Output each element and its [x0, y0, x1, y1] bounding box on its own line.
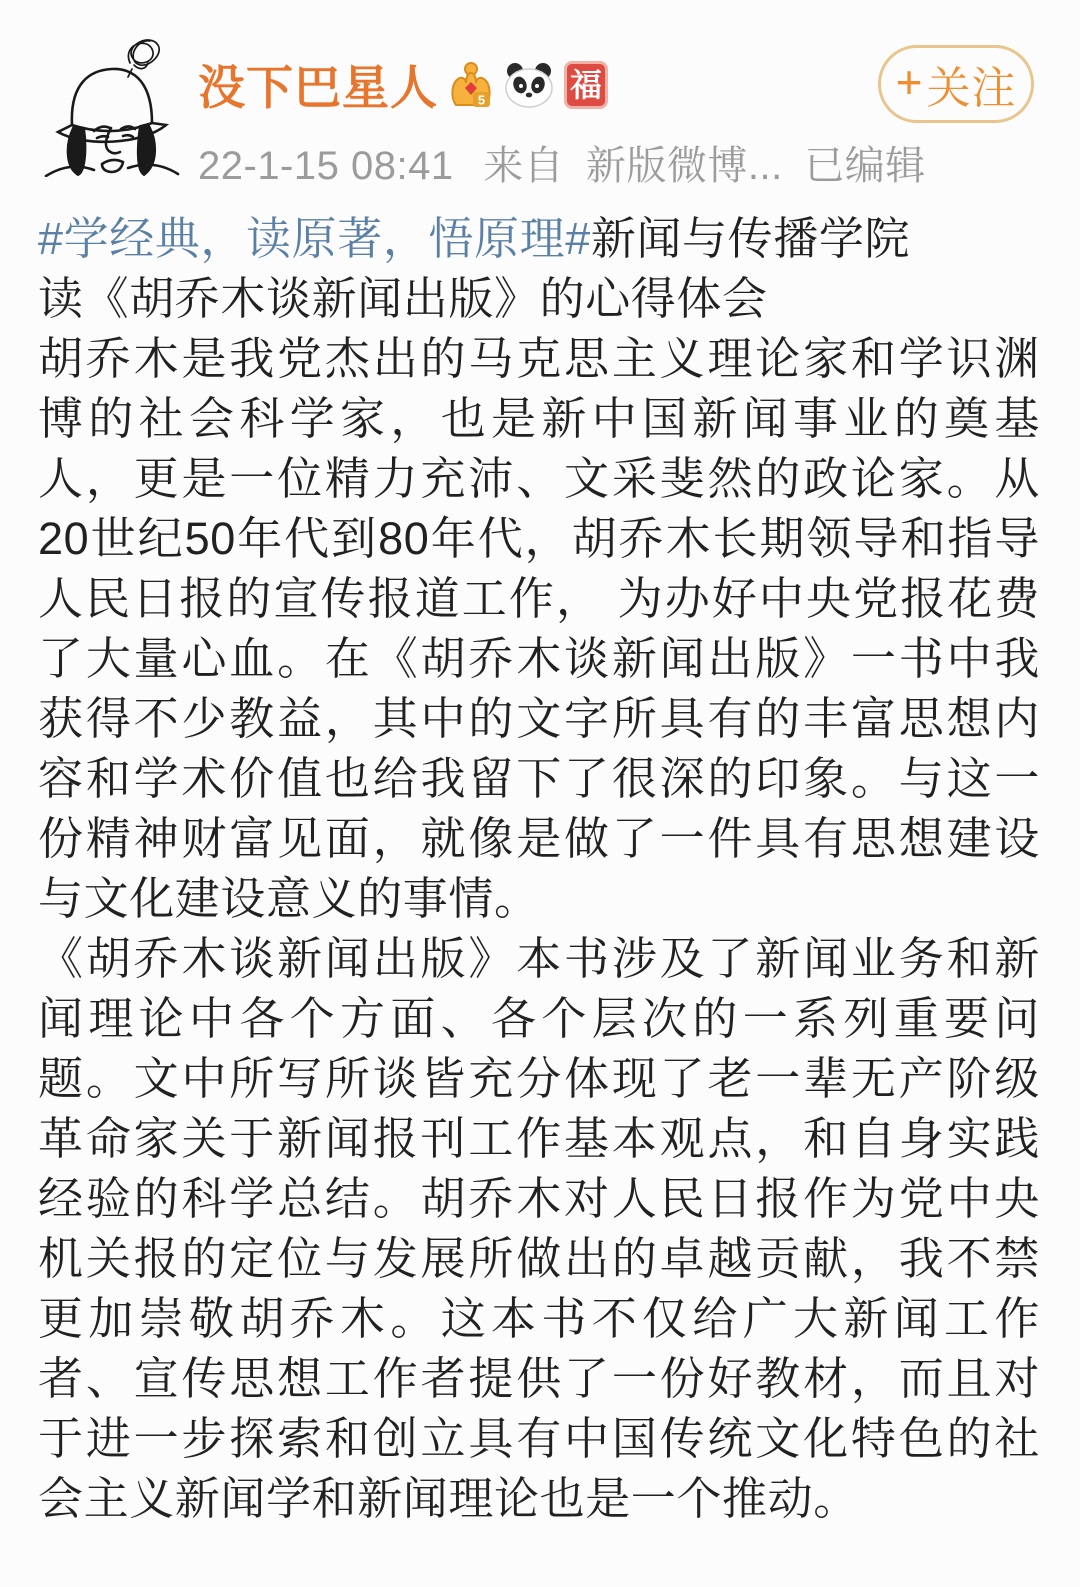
source-app-link[interactable]: 新版微博...: [586, 144, 783, 188]
content-line-1: #学经典，读原著，悟原理#新闻与传播学院: [38, 209, 1040, 269]
source-prefix: 来自: [483, 144, 564, 188]
content-title-line: 读《胡乔木谈新闻出版》的心得体会: [38, 269, 1040, 329]
username[interactable]: 没下巴星人: [198, 51, 438, 118]
follow-button[interactable]: + 关注: [878, 45, 1034, 123]
user-info: 没下巴星人 5: [198, 25, 926, 191]
username-row: 没下巴星人 5: [198, 51, 926, 118]
panda-icon: [504, 62, 554, 108]
weibo-post: 没下巴星人 5: [0, 0, 1080, 1569]
svg-text:5: 5: [478, 92, 485, 107]
content-paragraph-2: 《胡乔木谈新闻出版》本书涉及了新闻业务和新闻理论中各个方面、各个层次的一系列重要…: [38, 929, 1040, 1529]
avatar[interactable]: [38, 25, 186, 177]
fu-fortune-icon: 福: [564, 61, 608, 109]
post-timestamp: 22-1-15 08:41: [198, 144, 454, 188]
post-header: 没下巴星人 5: [38, 25, 1040, 191]
hashtag-link[interactable]: #学经典，读原著，悟原理#: [38, 213, 591, 264]
content-paragraph-1: 胡乔木是我党杰出的马克思主义理论家和学识渊博的社会科学家，也是新中国新闻事业的奠…: [38, 329, 1040, 929]
edited-label: 已编辑: [804, 144, 926, 188]
post-content: #学经典，读原著，悟原理#新闻与传播学院 读《胡乔木谈新闻出版》的心得体会 胡乔…: [38, 209, 1040, 1529]
vip-crown-icon: 5: [448, 61, 494, 109]
content-line-1-text: 新闻与传播学院: [591, 213, 910, 264]
plus-icon: +: [896, 59, 923, 105]
avatar-cartoon-drawing: [38, 25, 186, 177]
follow-button-label: 关注: [926, 52, 1016, 116]
post-meta: 22-1-15 08:41 来自 新版微博... 已编辑: [198, 134, 926, 191]
